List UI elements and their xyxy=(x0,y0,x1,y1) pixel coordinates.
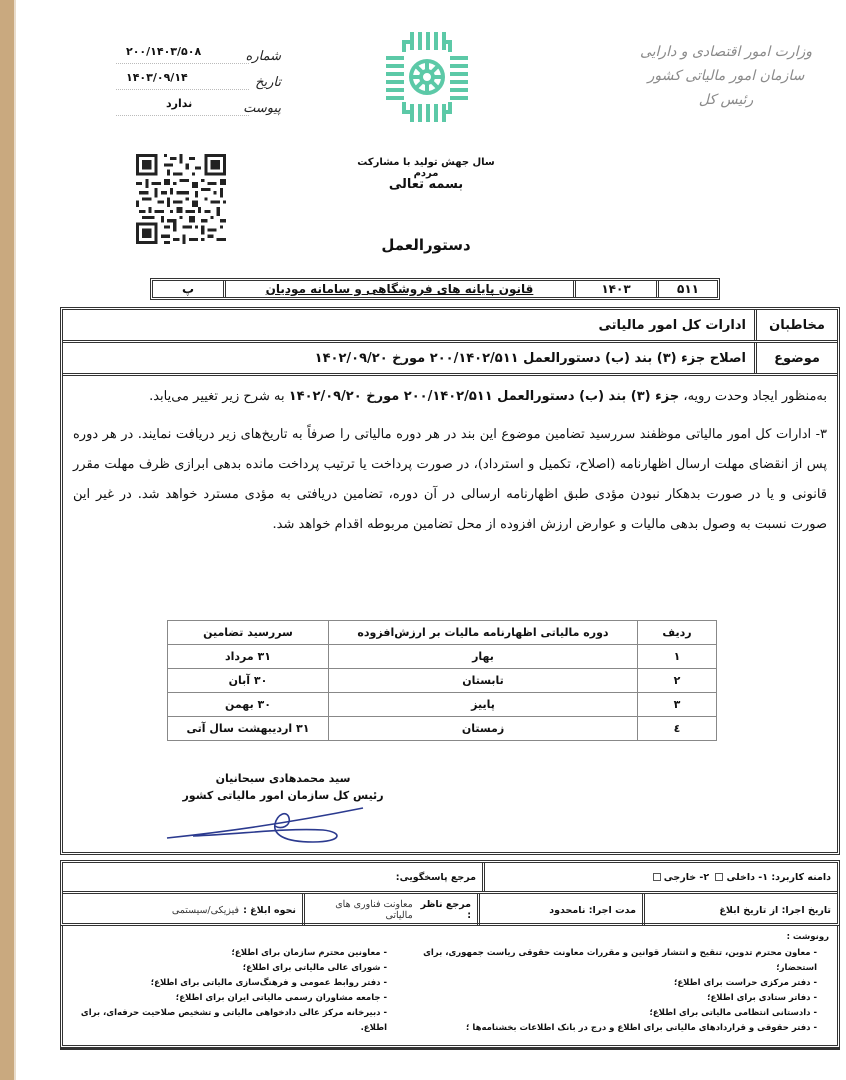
letter-date-row: تاریخ ۱۴۰۳/۰۹/۱۴ xyxy=(116,64,281,90)
execution-duration: مدت اجرا: نامحدود xyxy=(477,894,642,926)
subject-value: اصلاح جزء (۳) بند (ب) دستورالعمل ۲۰۰/۱۴۰… xyxy=(63,343,754,373)
document-title: دستورالعمل xyxy=(346,236,506,254)
row-index: ۱ xyxy=(638,645,717,669)
subject-row: موضوع اصلاح جزء (۳) بند (ب) دستورالعمل ۲… xyxy=(63,343,837,376)
table-row: ۳ پاییز ۳۰ بهمن xyxy=(168,693,717,717)
attachment-row: پیوست ندارد xyxy=(116,90,281,116)
recipients-value: ادارات کل امور مالیاتی xyxy=(63,310,754,340)
guarantee-due-date: ۳۱ مرداد xyxy=(168,645,329,669)
qr-code-icon xyxy=(136,154,226,244)
ministry-line: رئیس کل xyxy=(626,88,826,112)
cc-list-left: - معاونین محترم سازمان برای اطلاع؛ - شور… xyxy=(67,946,387,1036)
letter-page: وزارت امور اقتصادی و دارایی سازمان امور … xyxy=(16,0,846,1080)
checkbox-internal[interactable] xyxy=(715,873,723,881)
ministry-letterhead: وزارت امور اقتصادی و دارایی سازمان امور … xyxy=(626,40,826,112)
supervising-authority: مرجع ناظر : معاونت فناوری های مالیاتی xyxy=(302,894,477,926)
row-index: ٤ xyxy=(638,717,717,741)
supervisor-value: معاونت فناوری های مالیاتی xyxy=(311,899,413,921)
number-label: شماره xyxy=(249,49,281,64)
attachment-value: ندارد xyxy=(116,97,249,116)
directive-law-title: قانون پایانه های فروشگاهی و سامانه مودیا… xyxy=(223,281,573,297)
ministry-line: وزارت امور اقتصادی و دارایی xyxy=(626,40,826,64)
cc-title: رونوشت : xyxy=(787,932,829,942)
table-row: ۲ تابستان ۳۰ آبان xyxy=(168,669,717,693)
notify-label: نحوه ابلاغ : xyxy=(243,905,296,916)
tax-period: پاییز xyxy=(329,693,638,717)
letter-number-row: شماره ۲۰۰/۱۴۰۳/۵۰۸ xyxy=(116,38,281,64)
tax-period: زمستان xyxy=(329,717,638,741)
scope-option-internal: ۱- داخلی xyxy=(726,872,768,883)
column-header: دوره مالیاتی اظهارنامه مالیات بر ارزش‌اف… xyxy=(329,621,638,645)
directive-year: ۱۴۰۳ xyxy=(573,281,656,297)
usage-scope: دامنه کاربرد: ۱- داخلی ۲- خارجی xyxy=(482,863,837,891)
handwritten-signature-icon xyxy=(163,794,383,850)
date-value: ۱۴۰۳/۰۹/۱۴ xyxy=(116,71,249,90)
directive-code-table: ۵۱۱ ۱۴۰۳ قانون پایانه های فروشگاهی و سام… xyxy=(150,278,720,300)
notification-method: نحوه ابلاغ : فیزیکی/سیستمی xyxy=(63,894,302,926)
guarantee-due-date: ۳۰ آبان xyxy=(168,669,329,693)
checkbox-external[interactable] xyxy=(653,873,661,881)
directive-letter-code: پ xyxy=(153,281,223,297)
table-row: ٤ زمستان ۳۱ اردیبهشت سال آتی xyxy=(168,717,717,741)
recipients-row: مخاطبان ادارات کل امور مالیاتی xyxy=(63,310,837,343)
cc-item: - دفتر روابط عمومی و فرهنگ‌سازی مالیاتی … xyxy=(67,976,387,991)
date-label: تاریخ xyxy=(249,75,281,90)
scope-label: دامنه کاربرد: xyxy=(771,872,831,883)
directive-body-box: مخاطبان ادارات کل امور مالیاتی موضوع اصل… xyxy=(60,307,840,855)
ministry-line: سازمان امور مالیاتی کشور xyxy=(626,64,826,88)
cc-list-right: - معاون محترم تدوین، تنقیح و انتشار قوان… xyxy=(417,946,817,1036)
tax-organization-logo-icon xyxy=(384,28,470,126)
supervisor-label: مرجع ناظر : xyxy=(417,899,471,921)
cc-item: - شورای عالی مالیاتی برای اطلاع؛ xyxy=(67,961,387,976)
tax-period: بهار xyxy=(329,645,638,669)
signatory-name: سید محمدهادی سبحانیان xyxy=(173,772,393,785)
cc-item: - دبیرخانه مرکز عالی دادخواهی مالیاتی و … xyxy=(67,1006,387,1036)
column-header: سررسید تضامین xyxy=(168,621,329,645)
cc-item: - دادستانی انتظامی مالیاتی برای اطلاع؛ xyxy=(417,1006,817,1021)
tax-period: تابستان xyxy=(329,669,638,693)
intro-reference: جزء (۳) بند (ب) دستورالعمل ۲۰۰/۱۴۰۲/۵۱۱ … xyxy=(289,389,680,404)
notify-value: فیزیکی/سیستمی xyxy=(172,905,239,916)
cc-item: - معاونین محترم سازمان برای اطلاع؛ xyxy=(67,946,387,961)
clause-3-paragraph: ۳- ادارات کل امور مالیاتی موظفند سررسید … xyxy=(73,420,827,540)
guarantee-due-date: ۳۱ اردیبهشت سال آتی xyxy=(168,717,329,741)
footer-row-execution: تاریخ اجرا: از تاریخ ابلاغ مدت اجرا: نام… xyxy=(63,891,837,926)
directive-number: ۵۱۱ xyxy=(656,281,717,297)
carbon-copy-box: رونوشت : - معاون محترم تدوین، تنقیح و ان… xyxy=(60,926,840,1048)
year-slogan: سال جهش تولید با مشارکت مردم xyxy=(346,157,506,179)
directive-footer-info: دامنه کاربرد: ۱- داخلی ۲- خارجی مرجع پاس… xyxy=(60,860,840,926)
recipients-label: مخاطبان xyxy=(754,310,837,340)
row-index: ۳ xyxy=(638,693,717,717)
scope-option-external: ۲- خارجی xyxy=(664,872,709,883)
guarantee-deadline-table: ردیف دوره مالیاتی اظهارنامه مالیات بر ار… xyxy=(167,620,717,741)
cc-item: - دفتر حقوقی و قراردادهای مالیاتی برای ا… xyxy=(417,1021,817,1036)
cc-item: - معاون محترم تدوین، تنقیح و انتشار قوان… xyxy=(417,946,817,976)
row-index: ۲ xyxy=(638,669,717,693)
cc-item: - جامعه مشاوران رسمی مالیاتی ایران برای … xyxy=(67,991,387,1006)
letter-meta: شماره ۲۰۰/۱۴۰۳/۵۰۸ تاریخ ۱۴۰۳/۰۹/۱۴ پیوس… xyxy=(116,38,281,116)
cc-item: - دفاتر ستادی برای اطلاع؛ xyxy=(417,991,817,1006)
footer-row-scope: دامنه کاربرد: ۱- داخلی ۲- خارجی مرجع پاس… xyxy=(63,863,837,891)
table-row: ۱ بهار ۳۱ مرداد xyxy=(168,645,717,669)
intro-text: به‌منظور ایجاد وحدت رویه، xyxy=(679,389,827,404)
guarantee-due-date: ۳۰ بهمن xyxy=(168,693,329,717)
execution-date: تاریخ اجرا: از تاریخ ابلاغ xyxy=(642,894,837,926)
table-header-row: ردیف دوره مالیاتی اظهارنامه مالیات بر ار… xyxy=(168,621,717,645)
bismillah: بسمه تعالی xyxy=(346,177,506,192)
subject-label: موضوع xyxy=(754,343,837,373)
directive-text: به‌منظور ایجاد وحدت رویه، جزء (۳) بند (ب… xyxy=(63,376,837,540)
photo-edge-background xyxy=(0,0,16,1080)
cc-item: - دفتر مرکزی حراست برای اطلاع؛ xyxy=(417,976,817,991)
intro-text-end: به شرح زیر تغییر می‌یابد. xyxy=(149,389,289,404)
intro-paragraph: به‌منظور ایجاد وحدت رویه، جزء (۳) بند (ب… xyxy=(73,382,827,412)
column-header: ردیف xyxy=(638,621,717,645)
number-value: ۲۰۰/۱۴۰۳/۵۰۸ xyxy=(116,45,249,64)
response-reference: مرجع پاسخگویی: xyxy=(63,863,482,891)
attachment-label: پیوست xyxy=(249,101,281,116)
